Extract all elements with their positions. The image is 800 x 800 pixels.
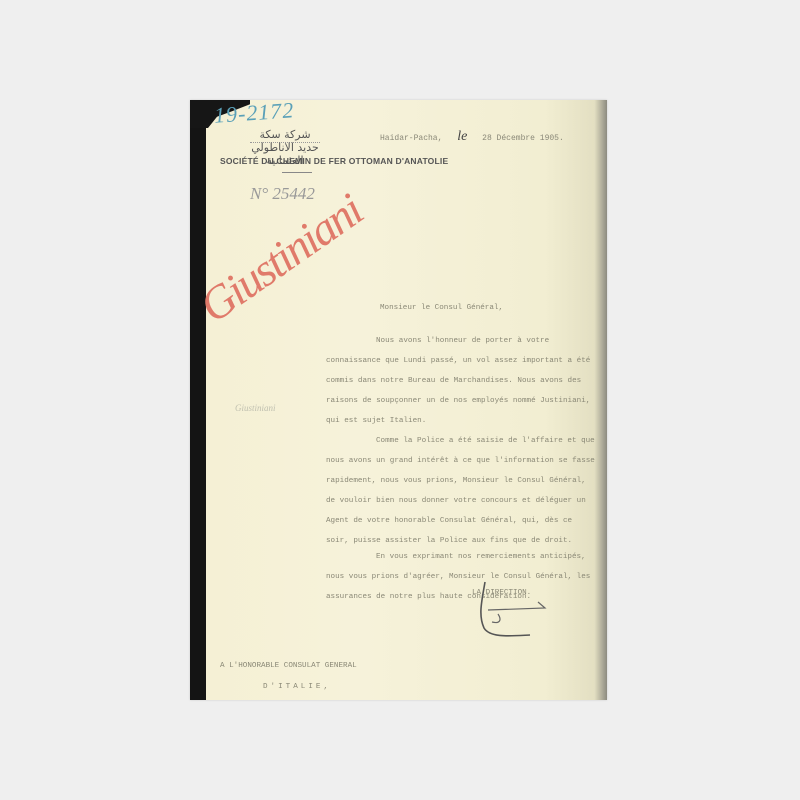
handwritten-signature bbox=[470, 580, 570, 640]
letter-page: 19-2172 شركة سكة حديد الاناطولي العثماني… bbox=[190, 100, 607, 700]
paragraph-text: Nous avons l'honneur de porter à votre c… bbox=[326, 331, 596, 431]
company-name: Société du Chemin de Fer Ottoman d'Anato… bbox=[220, 156, 448, 166]
letterhead-arabic: شركة سكة حديد الاناطولي العثمانية bbox=[250, 128, 320, 143]
reference-number: N° 25442 bbox=[250, 184, 315, 204]
red-pencil-annotation: Giustiniani bbox=[190, 183, 372, 333]
scan-edge-shadow bbox=[190, 100, 206, 700]
body-paragraph-2: Comme la Police a été saisie de l'affair… bbox=[326, 431, 596, 551]
date-prefix: le bbox=[457, 129, 467, 144]
address-line-2: D'ITALIE, bbox=[263, 683, 331, 691]
address-line-1: A L'HONORABLE CONSULAT GENERAL bbox=[220, 662, 357, 670]
date: 28 Décembre 1905. bbox=[482, 134, 564, 143]
salutation: Monsieur le Consul Général, bbox=[380, 304, 503, 312]
place-date: Haidar-Pacha, le 28 Décembre 1905. bbox=[380, 129, 564, 145]
place: Haidar-Pacha, bbox=[380, 134, 442, 143]
body-paragraph-1: Nous avons l'honneur de porter à votre c… bbox=[326, 331, 596, 431]
letterhead-ornament bbox=[282, 172, 312, 173]
paragraph-text: Comme la Police a été saisie de l'affair… bbox=[326, 431, 596, 551]
archive-number: 19-2172 bbox=[213, 97, 295, 129]
margin-note: Giustiniani bbox=[235, 403, 276, 413]
